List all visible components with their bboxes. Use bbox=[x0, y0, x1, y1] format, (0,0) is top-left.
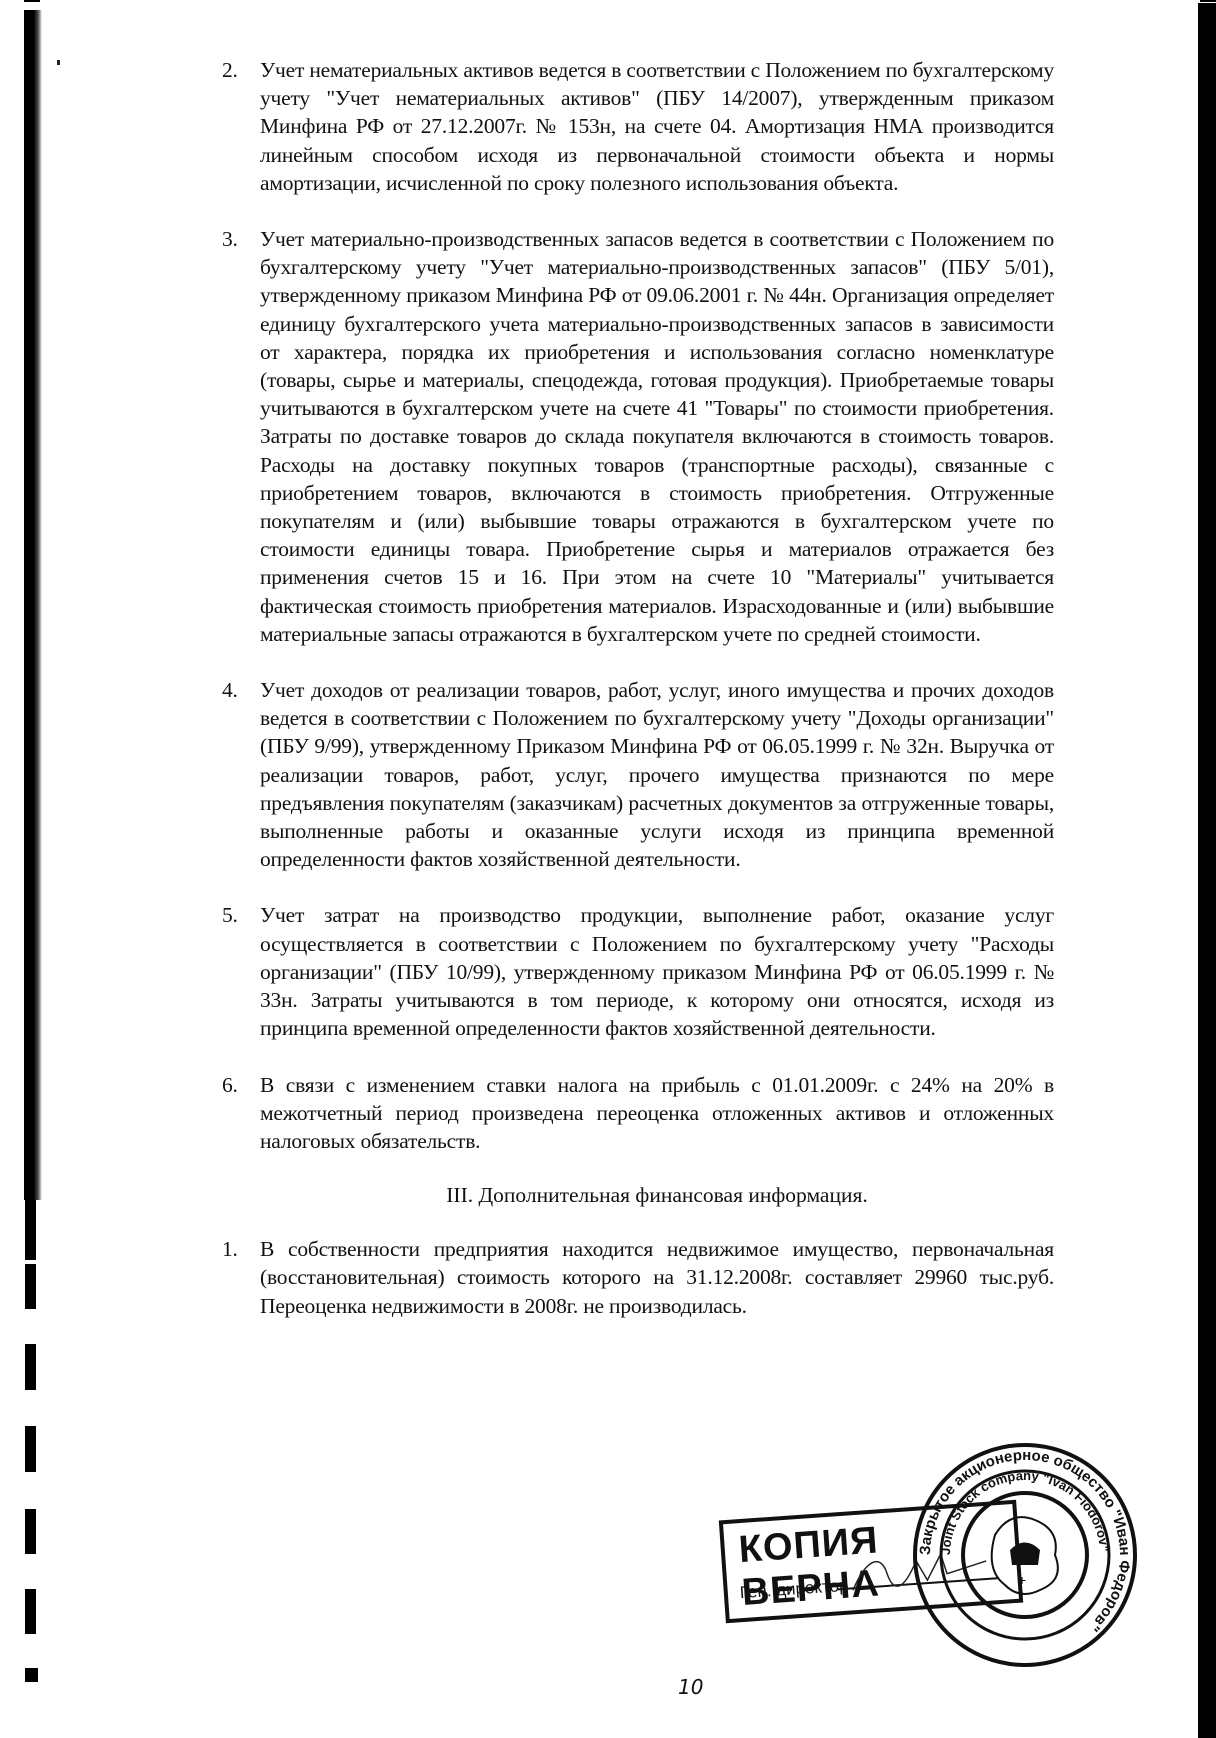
company-seal-icon: Закрытое акционерное общество "Иван Федо… bbox=[910, 1440, 1140, 1670]
scan-edge-artifact bbox=[24, 10, 42, 1200]
scan-edge-artifact bbox=[25, 1200, 36, 1260]
item-number: 1. bbox=[222, 1235, 238, 1263]
item-text: В связи с изменением ставки налога на пр… bbox=[260, 1071, 1054, 1156]
scan-edge-artifact bbox=[25, 1344, 36, 1390]
svg-text:+: + bbox=[1018, 1572, 1026, 1588]
item-number: 2. bbox=[222, 56, 238, 84]
scan-edge-artifact bbox=[25, 1426, 36, 1472]
list-item: 3. Учет материально-производственных зап… bbox=[222, 225, 1054, 648]
scan-edge-artifact bbox=[1200, 0, 1216, 2]
list-item: 1. В собственности предприятия находится… bbox=[222, 1235, 1054, 1320]
item-text: В собственности предприятия находится не… bbox=[260, 1235, 1054, 1320]
item-text: Учет материально-производственных запасо… bbox=[260, 225, 1054, 648]
item-text: Учет доходов от реализации товаров, рабо… bbox=[260, 676, 1054, 873]
scan-edge-artifact bbox=[25, 1589, 36, 1634]
item-text: Учет нематериальных активов ведется в со… bbox=[260, 56, 1054, 197]
list-item: 5. Учет затрат на производство продукции… bbox=[222, 901, 1054, 1042]
scan-edge-artifact bbox=[24, 0, 40, 2]
page-number: 10 bbox=[678, 1675, 703, 1699]
scan-speck bbox=[57, 60, 60, 65]
list-item: 6. В связи с изменением ставки налога на… bbox=[222, 1071, 1054, 1156]
scan-edge-artifact bbox=[25, 1509, 36, 1554]
item-number: 6. bbox=[222, 1071, 238, 1099]
scan-edge-artifact bbox=[25, 1264, 36, 1309]
scan-edge-artifact bbox=[1198, 3, 1216, 1738]
list-item: 4. Учет доходов от реализации товаров, р… bbox=[222, 676, 1054, 873]
item-number: 4. bbox=[222, 676, 238, 704]
item-number: 3. bbox=[222, 225, 238, 253]
item-number: 5. bbox=[222, 901, 238, 929]
section-title: III. Дополнительная финансовая информаци… bbox=[222, 1181, 1054, 1209]
item-text: Учет затрат на производство продукции, в… bbox=[260, 901, 1054, 1042]
scan-edge-artifact bbox=[25, 1668, 38, 1682]
document-body: 2. Учет нематериальных активов ведется в… bbox=[222, 56, 1054, 1320]
list-item: 2. Учет нематериальных активов ведется в… bbox=[222, 56, 1054, 197]
